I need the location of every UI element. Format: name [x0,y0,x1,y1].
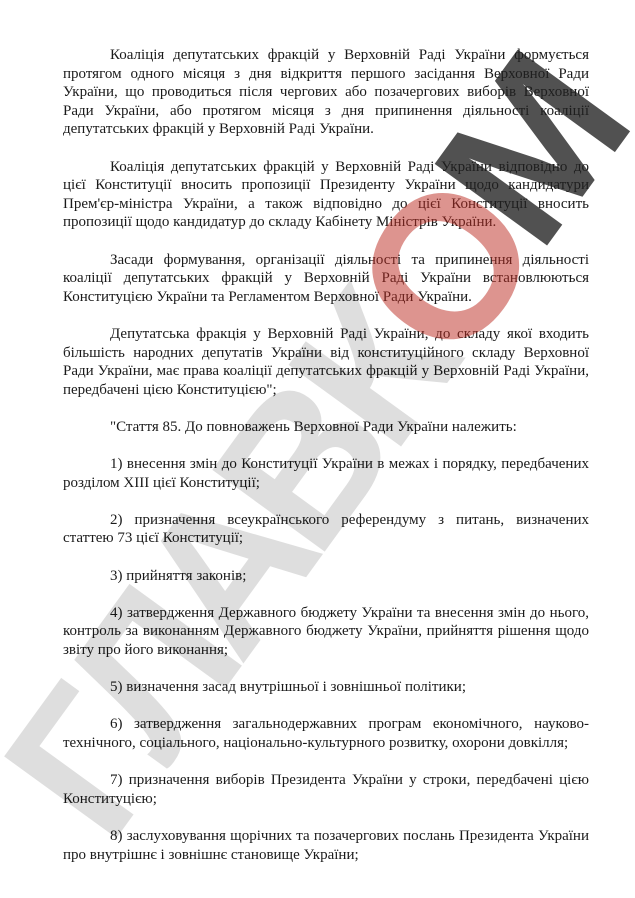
paragraph: Депутатська фракція у Верховній Раді Укр… [63,325,589,399]
paragraph-item-1: 1) внесення змін до Конституції України … [63,455,589,492]
paragraph-item-8: 8) заслуховування щорічних та позачергов… [63,827,589,864]
paragraph-item-5: 5) визначення засад внутрішньої і зовніш… [63,678,589,697]
paragraph: Коаліція депутатських фракцій у Верховні… [63,46,589,139]
document-page: Коаліція депутатських фракцій у Верховні… [0,0,635,898]
paragraph-item-2: 2) призначення всеукраїнського референду… [63,511,589,548]
paragraph: Коаліція депутатських фракцій у Верховні… [63,158,589,232]
paragraph: Засади формування, організації діяльност… [63,251,589,307]
paragraph-item-7: 7) призначення виборів Президента Україн… [63,771,589,808]
paragraph-article-85-heading: "Стаття 85. До повноважень Верховної Рад… [63,418,589,437]
paragraph-item-6: 6) затвердження загальнодержавних програ… [63,715,589,752]
paragraph-item-3: 3) прийняття законів; [63,567,589,586]
paragraph-item-4: 4) затвердження Державного бюджету Украї… [63,604,589,660]
document-text-block: Коаліція депутатських фракцій у Верховні… [63,46,589,883]
